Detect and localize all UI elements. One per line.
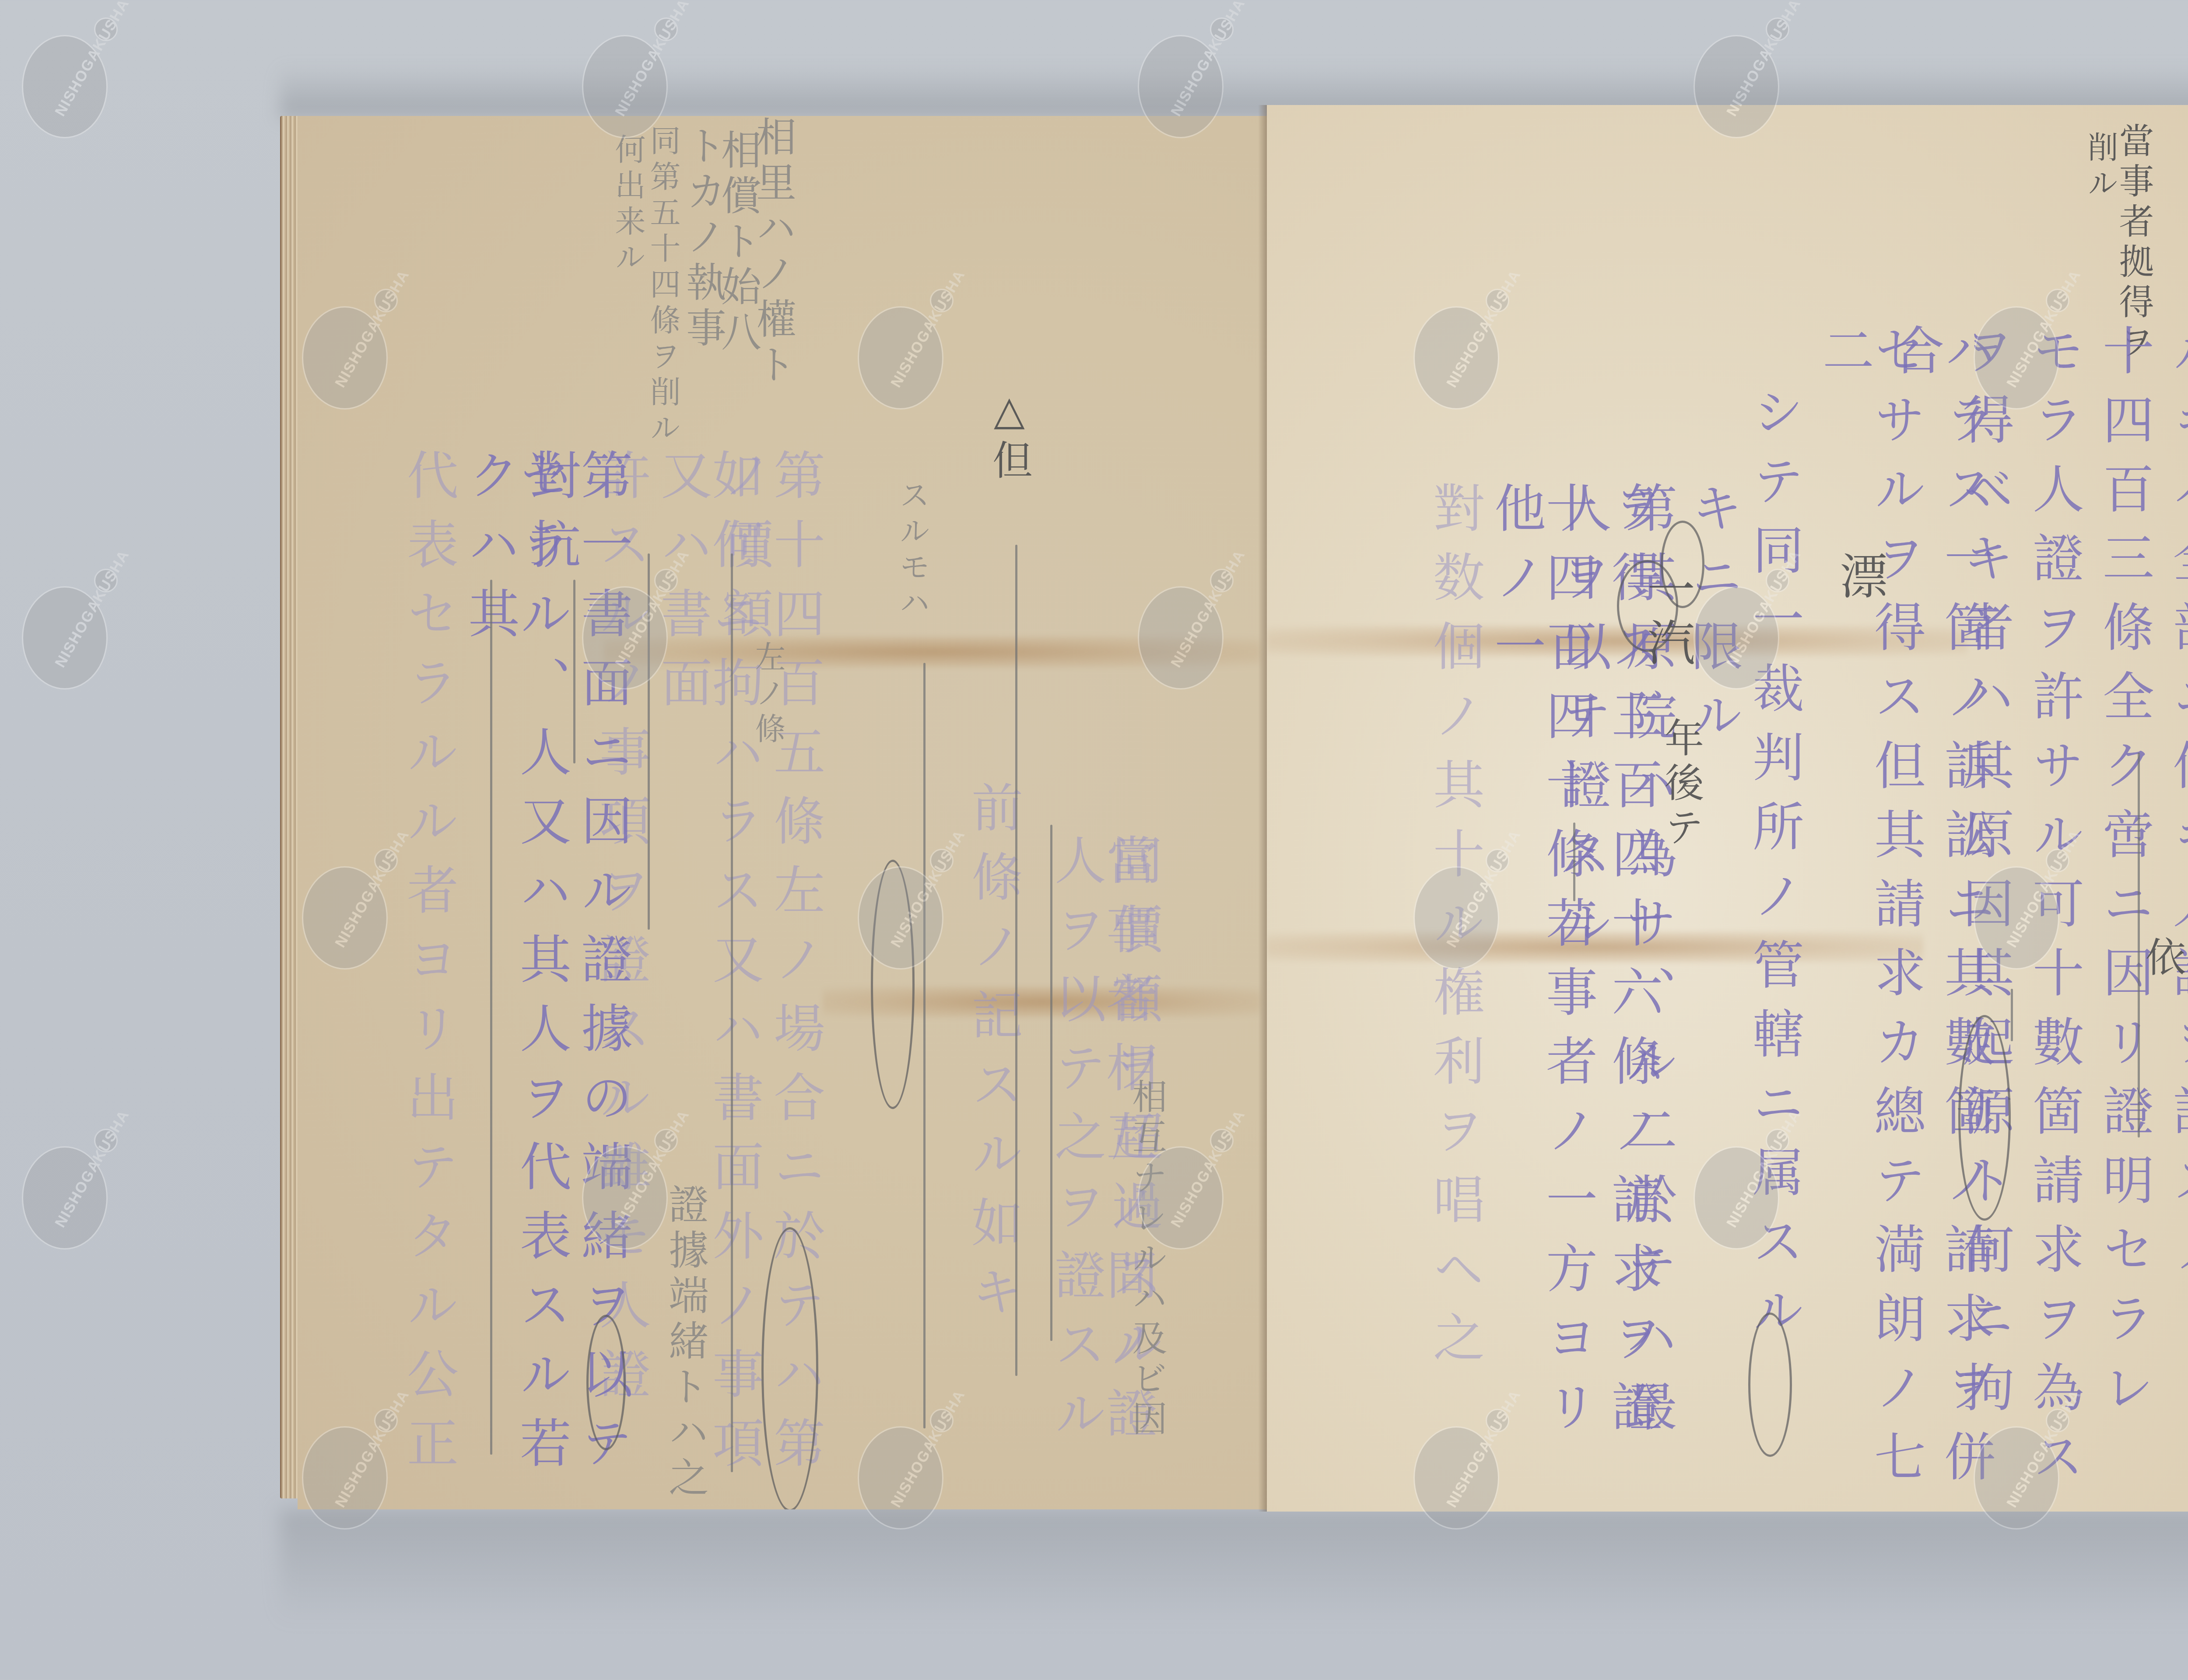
book-shadow-bottom — [280, 1509, 2188, 1623]
text-column: シテ同一裁判所ノ管轄ニ属スル — [1748, 385, 1800, 1353]
text-column: 對数個ノ其十ル権利ヲ唱ヘ之 — [1429, 481, 1480, 1380]
pencil-note: 何出来ル — [613, 133, 643, 277]
pencil-line — [573, 580, 575, 763]
nishogakusha-logo-icon: NISHOGAKUSHA — [9, 9, 114, 140]
pencil-line — [2138, 752, 2140, 1137]
text-column: 十四百四十條若事者ノ一方ヨリ他ノ一 — [1490, 481, 1593, 1512]
right-page[interactable]: 當事者拠得ヲ 削ル ルキハ全部ニ付キ人證ヲ許スノト 十四百三條全ク啻ニ因リ證明セ… — [1267, 105, 2188, 1512]
text-column: 代表セラルル者ヨリ出テタル公正 — [403, 448, 454, 1485]
pencil-circle — [1617, 560, 1678, 652]
text-column: 前條ノ記スル如キ — [967, 781, 1019, 1334]
pencil-annotation: 年後テ — [1661, 717, 1700, 851]
pencil-line — [1015, 545, 1017, 1376]
pencil-line — [731, 553, 733, 1472]
pencil-line — [1050, 825, 1052, 1341]
pencil-annotation: △但 — [989, 387, 1029, 485]
pencil-line — [490, 580, 492, 1455]
nishogakusha-logo-icon: NISHOGAKUSHA — [9, 560, 114, 691]
pencil-circle — [586, 1315, 626, 1450]
pencil-annotation: 相互ナレルハ及ビ因 — [1129, 1078, 1164, 1441]
nishogakusha-logo-icon: NISHOGAKUSHA — [9, 1120, 114, 1251]
text-column: セサルヲ得ス但其請求カ總テ満朗ノ七二 — [1818, 324, 1922, 1512]
pencil-circle — [761, 1227, 818, 1509]
pencil-line — [1573, 822, 1575, 901]
pencil-line — [648, 553, 650, 930]
open-book: 相里ハノ權ト 相償ト始八 トカノ執事 同第五十四條ヲ削ル 何出来ル 同價額ヲ超過… — [280, 105, 2188, 1516]
text-column: ルキハ全部ニ付キ人證ヲ許スノト — [2168, 324, 2188, 1361]
text-column: モラ人證ヲ許サル可十數箇請求ヲ為ス — [2028, 324, 2080, 1499]
pencil-note: 同第五十四條ヲ削ル — [648, 125, 678, 448]
pencil-note: 削ル — [2085, 131, 2116, 203]
text-column: セラル、人又ハ其人ヲ代表スル若クハ其 — [464, 448, 567, 1509]
pencil-annotation: 漂 — [1836, 551, 1884, 605]
pencil-annotation: 左ノ條 — [753, 641, 783, 749]
pencil-annotation: 依 — [2142, 936, 2182, 982]
pencil-line — [923, 663, 926, 1428]
text-column: 十四百三條全ク啻ニ因リ證明セラレ — [2098, 324, 2150, 1430]
pencil-line — [2011, 989, 2013, 1041]
pencil-circle — [1958, 1015, 2011, 1221]
pencil-circle — [871, 860, 915, 1109]
pencil-note: トカノ執事 — [683, 125, 723, 352]
pencil-circle — [1748, 1312, 1792, 1457]
pencil-annotation: スルモハ — [897, 479, 928, 623]
pencil-annotation: 證據端緒トハ之 — [665, 1183, 705, 1502]
left-page[interactable]: 相里ハノ權ト 相償ト始八 トカノ執事 同第五十四條ヲ削ル 何出来ル 同價額ヲ超過… — [298, 116, 1267, 1509]
